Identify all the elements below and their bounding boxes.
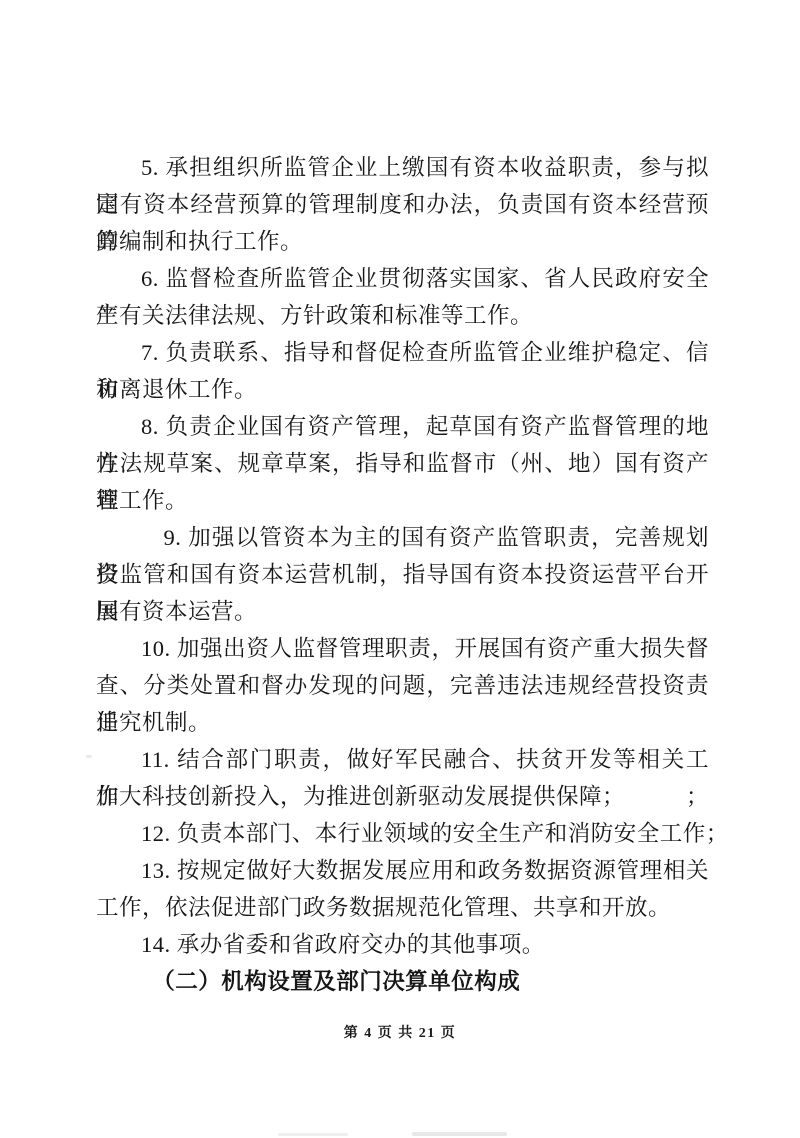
text-line: 14. 承办省委和省政府交办的其他事项。 bbox=[96, 926, 709, 963]
scan-artifact bbox=[412, 1132, 507, 1136]
text-line: 工作，依法促进部门政务数据规范化管理、共享和开放。 bbox=[96, 889, 709, 926]
item-7: 7. 负责联系、指导和督促检查所监管企业维护稳定、信访和离退休工作。 bbox=[96, 334, 709, 408]
item-6: 6. 监督检查所监管企业贯彻落实国家、省人民政府安全生产有关法律法规、方针政策和… bbox=[96, 260, 709, 334]
item-13: 13. 按规定做好大数据发展应用和政务数据资源管理相关工作，依法促进部门政务数据… bbox=[96, 852, 709, 926]
scan-artifact bbox=[86, 755, 92, 758]
text-line: 9. 加强以管资本为主的国有资产监管职责，完善规划投 bbox=[96, 519, 709, 556]
text-line: 国有资本经营预算的管理制度和办法，负责国有资本经营预算 bbox=[96, 186, 709, 223]
item-14: 14. 承办省委和省政府交办的其他事项。 bbox=[96, 926, 709, 963]
page-footer: 第 4 页 共 21 页 bbox=[0, 1022, 800, 1042]
text-line: 7. 负责联系、指导和督促检查所监管企业维护稳定、信访 bbox=[96, 334, 709, 371]
text-line: 追究机制。 bbox=[96, 704, 709, 741]
text-line: 8. 负责企业国有资产管理，起草国有资产监督管理的地方 bbox=[96, 408, 709, 445]
text-line: 理工作。 bbox=[96, 482, 709, 519]
text-line: （二）机构设置及部门决算单位构成 bbox=[96, 963, 709, 1000]
text-line: 的编制和执行工作。 bbox=[96, 223, 709, 260]
text-line: 11. 结合部门职责，做好军民融合、扶贫开发等相关工作； bbox=[96, 741, 709, 778]
item-12: 12. 负责本部门、本行业领域的安全生产和消防安全工作； bbox=[96, 815, 709, 852]
document-body: 5. 承担组织所监管企业上缴国有资本收益职责，参与拟定国有资本经营预算的管理制度… bbox=[96, 149, 709, 1000]
document-page: 5. 承担组织所监管企业上缴国有资本收益职责，参与拟定国有资本经营预算的管理制度… bbox=[0, 0, 800, 1138]
text-line: 12. 负责本部门、本行业领域的安全生产和消防安全工作； bbox=[96, 815, 709, 852]
text-line: 资监管和国有资本运营机制，指导国有资本投资运营平台开展 bbox=[96, 556, 709, 593]
item-9: 9. 加强以管资本为主的国有资产监管职责，完善规划投资监管和国有资本运营机制，指… bbox=[96, 519, 709, 630]
section-heading-2: （二）机构设置及部门决算单位构成 bbox=[96, 963, 709, 1000]
text-line: 和离退休工作。 bbox=[96, 371, 709, 408]
text-line: 产有关法律法规、方针政策和标准等工作。 bbox=[96, 297, 709, 334]
text-line: 13. 按规定做好大数据发展应用和政务数据资源管理相关 bbox=[96, 852, 709, 889]
text-line: 性法规草案、规章草案，指导和监督市（州、地）国有资产管 bbox=[96, 445, 709, 482]
text-line: 10. 加强出资人监督管理职责，开展国有资产重大损失督 bbox=[96, 630, 709, 667]
text-line: 加大科技创新投入，为推进创新驱动发展提供保障； bbox=[96, 778, 709, 815]
text-line: 6. 监督检查所监管企业贯彻落实国家、省人民政府安全生 bbox=[96, 260, 709, 297]
text-line: 5. 承担组织所监管企业上缴国有资本收益职责，参与拟定 bbox=[96, 149, 709, 186]
scan-artifact bbox=[278, 1133, 348, 1136]
text-line: 查、分类处置和督办发现的问题，完善违法违规经营投资责任 bbox=[96, 667, 709, 704]
item-5: 5. 承担组织所监管企业上缴国有资本收益职责，参与拟定国有资本经营预算的管理制度… bbox=[96, 149, 709, 260]
item-11: 11. 结合部门职责，做好军民融合、扶贫开发等相关工作；加大科技创新投入，为推进… bbox=[96, 741, 709, 815]
item-10: 10. 加强出资人监督管理职责，开展国有资产重大损失督查、分类处置和督办发现的问… bbox=[96, 630, 709, 741]
text-line: 国有资本运营。 bbox=[96, 593, 709, 630]
item-8: 8. 负责企业国有资产管理，起草国有资产监督管理的地方性法规草案、规章草案，指导… bbox=[96, 408, 709, 519]
